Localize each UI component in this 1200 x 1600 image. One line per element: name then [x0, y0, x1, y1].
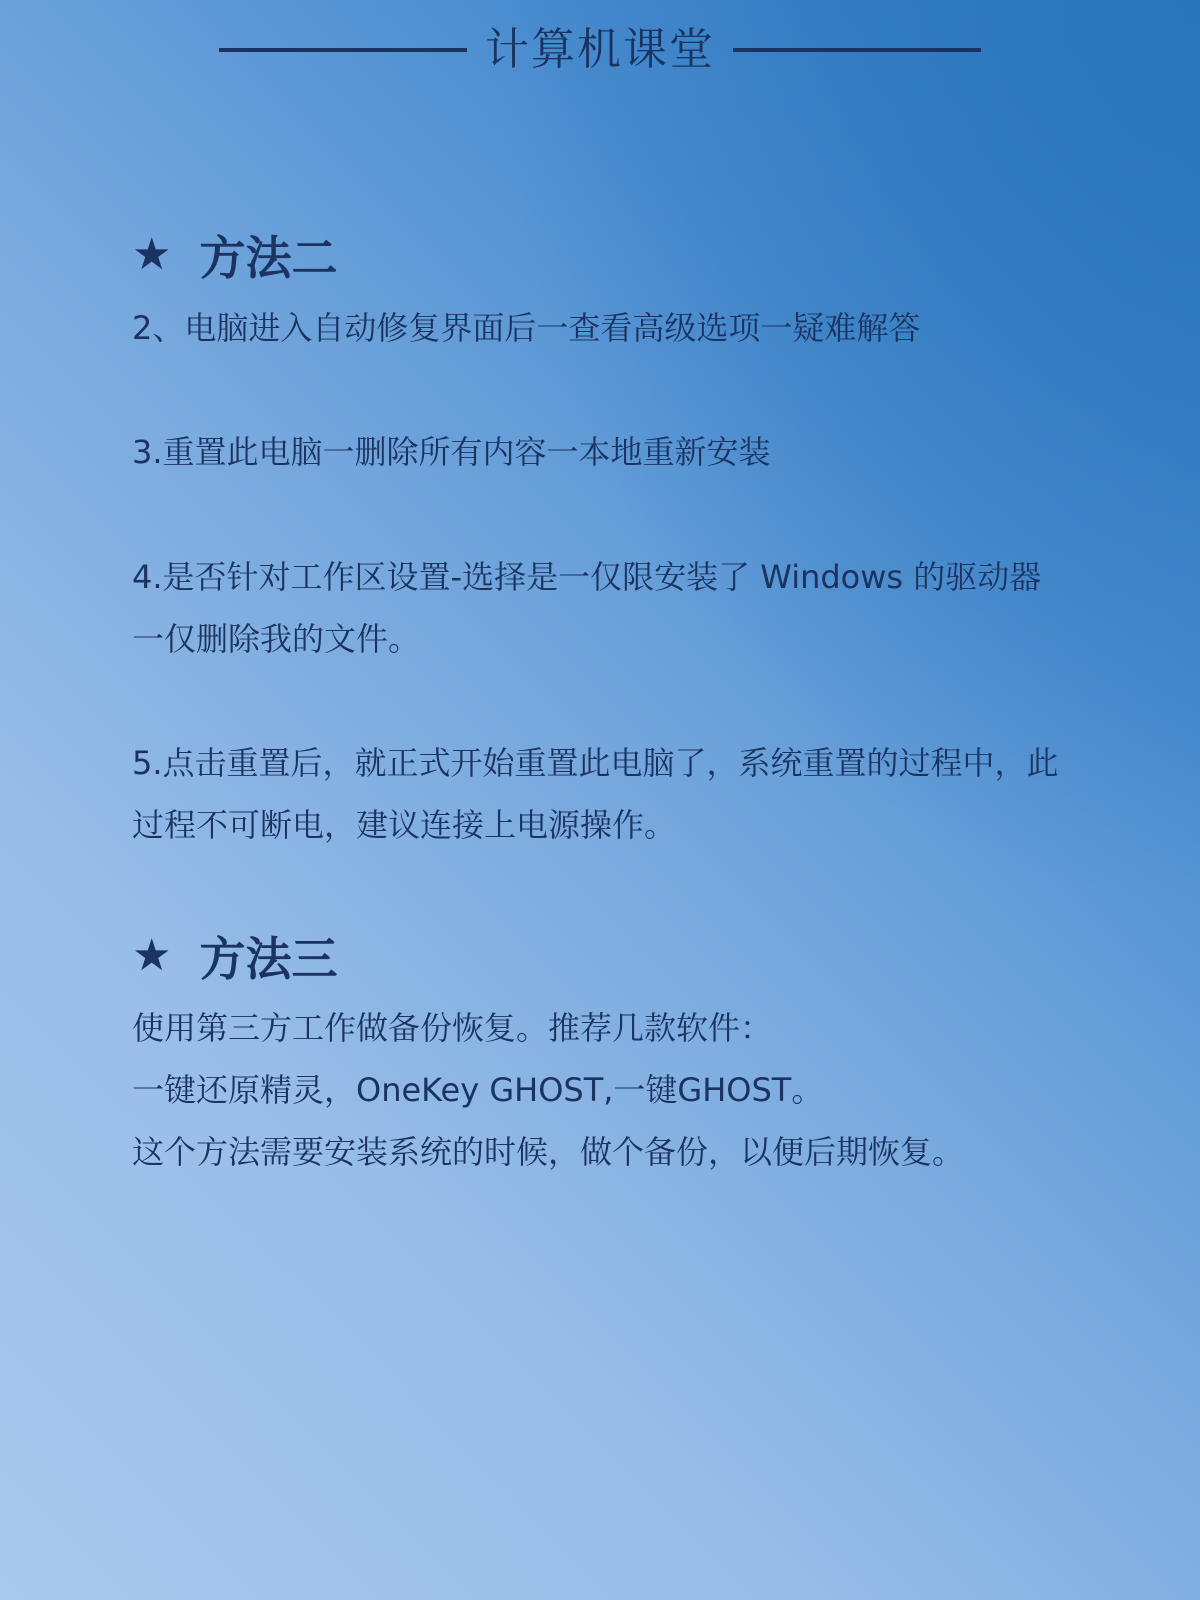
section-heading-method-3: ★ 方法三	[132, 923, 337, 989]
step-2-text: 2、电脑进入自动修复界面后一查看高级选项一疑难解答	[132, 297, 1072, 359]
page-title: 计算机课堂	[467, 18, 733, 82]
step-5-text: 5.点击重置后，就正式开始重置此电脑了，系统重置的过程中，此过程不可断电，建议连…	[132, 732, 1072, 856]
header-rule-left	[219, 48, 467, 52]
section-title: 方法三	[199, 923, 337, 989]
method-3-intro-text: 使用第三方工作做备份恢复。推荐几款软件：	[132, 997, 1072, 1059]
step-3-text: 3.重置此电脑一删除所有内容一本地重新安装	[132, 421, 1072, 483]
method-3-note-text: 这个方法需要安装系统的时候，做个备份，以便后期恢复。	[132, 1121, 1072, 1183]
header-rule-right	[733, 48, 981, 52]
star-icon: ★	[132, 233, 171, 277]
page-header: 计算机课堂	[0, 18, 1200, 82]
step-4-text: 4.是否针对工作区设置-选择是一仅限安装了 Windows 的驱动器一仅删除我的…	[132, 546, 1072, 670]
method-3-software-list: 一键还原精灵，OneKey GHOST,一键GHOST。	[132, 1059, 1072, 1121]
section-heading-method-2: ★ 方法二	[132, 222, 337, 288]
star-icon: ★	[132, 934, 171, 978]
section-title: 方法二	[199, 222, 337, 288]
